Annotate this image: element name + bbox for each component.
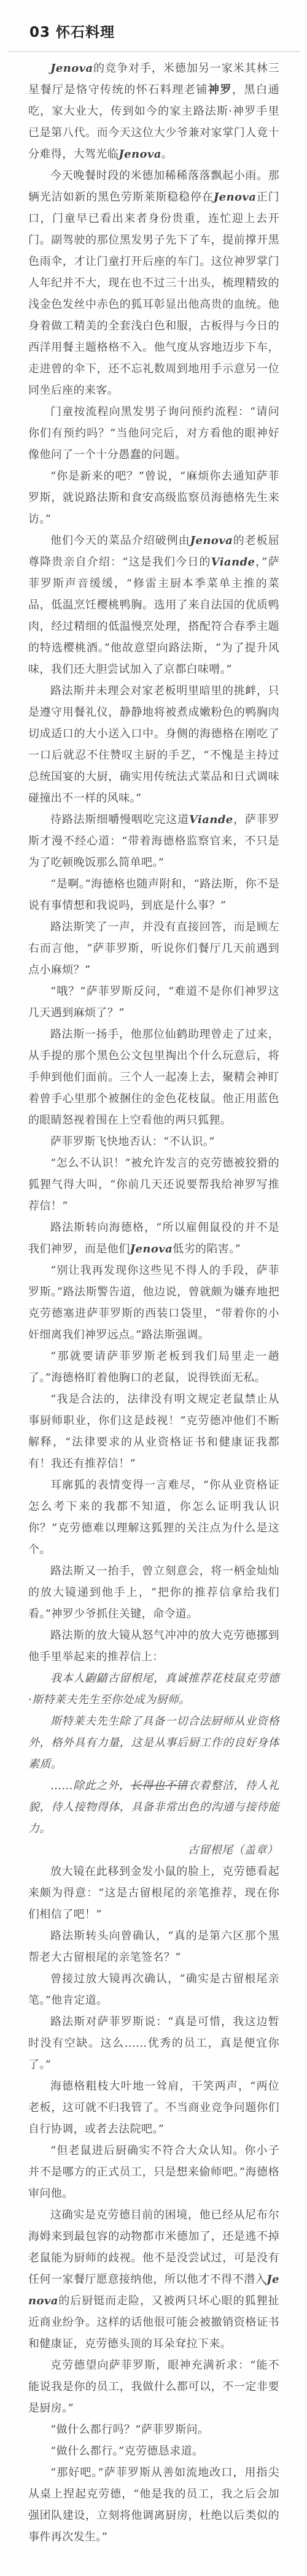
story-paragraph: 这确实是克劳德目前的困境，他已经从尼布尔海姆来到最包容的动物都市米德加了，还是逃… <box>28 2204 279 2355</box>
story-paragraph: “你是新来的吧？”曾说，“麻烦你去通知萨菲罗斯，就说路法斯和食安高级监察员海德格… <box>28 466 279 530</box>
text-segment: “怎么不认识！”被允许发言的克劳德被狡猾的狐狸气得大叫，“你前几天还说要帮我给神… <box>28 1157 279 1213</box>
story-paragraph: “怎么不认识！”被允许发言的克劳德被狡猾的狐狸气得大叫，“你前几天还说要帮我给神… <box>28 1152 279 1217</box>
story-paragraph: “做什么都行。”克劳德恳求道。 <box>28 2440 279 2462</box>
text-segment: 路法斯笑了一声，并没有直接回答，而是顾左右而言他，“萨菲罗斯，听说你们餐厅几天前… <box>28 921 279 976</box>
story-paragraph: 放大镜在此移到金发小鼠的脸上，克劳德看起来颇为得意：“这是古留根尾的亲笔推荐，现… <box>28 1861 279 1925</box>
text-segment: 耳廓狐的表情变得一言难尽，“你从业资格证怎么考下来的我都不知道，你怎么证明我认识… <box>28 1479 279 1556</box>
text-segment: “做什么都行吗？”萨菲罗斯问。 <box>50 2423 209 2436</box>
story-paragraph: 路法斯转向海德格，“所以雇佣鼠役的并不是我们神罗，而是他们Jenova低劣的陷害… <box>28 1217 279 1260</box>
story-paragraph: “那就要请萨菲罗斯老板到我们局里走一趟了。”海德格盯着他胸口的老鼠，说得铁面无私… <box>28 1346 279 1389</box>
text-segment-latin: Viande <box>189 813 233 826</box>
text-segment: 路法斯一扬手，他那位仙鹤助理曾走了过来，从手提的那个黑色公文包里掏出个什么玩意后… <box>28 1028 279 1127</box>
text-segment: “那就要请萨菲罗斯老板到我们局里走一趟了。”海德格盯着他胸口的老鼠，说得铁面无私… <box>28 1350 279 1384</box>
text-segment: 门童按流程向黑发男子询问预约流程：“请问你们有预约吗？”当他问完后，对方看他的眼… <box>28 405 279 461</box>
story-paragraph: 门童按流程向黑发男子询问预约流程：“请问你们有预约吗？”当他问完后，对方看他的眼… <box>28 401 279 466</box>
story-content: Jenova的竞争对手，米德加另一家米其林三星餐厅是恪守传统的怀石料理老铺神罗，… <box>0 52 307 2548</box>
text-segment-latin: Viande <box>211 556 255 569</box>
text-segment: 这确实是克劳德目前的困境，他已经从尼布尔海姆来到最包容的动物都市米德加了，还是逃… <box>28 2209 279 2286</box>
story-paragraph: “但老鼠进后厨确实不符合大众认知。你小子并不是哪方的正式员工，只是想来偷师吧。”… <box>28 2140 279 2204</box>
text-segment: “你是新来的吧？”曾说，“麻烦你去通知萨菲罗斯，就说路法斯和食安高级监察员海德格… <box>28 470 279 526</box>
letter-paragraph: 我本人鼩鼱古留根尾，真诚推荐花枝鼠克劳德·斯特莱夫先生至你处成为厨师。 <box>28 1668 279 1711</box>
text-segment: 路法斯的放大镜从怒气冲冲的放大克劳德挪到他手里举起来的推荐信上： <box>28 1629 279 1663</box>
text-segment: 正门口，门童早已看出来者身份贵重，连忙迎上去开门。副驾驶的那位黑发男子先下了车，… <box>28 191 279 397</box>
text-segment: 他们今天的菜品介绍破例由 <box>50 534 190 547</box>
story-paragraph: 路法斯转头向曾确认，“真的是第六区那个黑帮老大古留根尾的亲笔签名？” <box>28 1925 279 1968</box>
story-paragraph: 曾接过放大镜再次确认，“确实是古留根尾亲笔。”他肯定道。 <box>28 1968 279 2011</box>
text-segment-strike: 长得也不错 <box>130 1779 187 1792</box>
text-segment: “我是合法的，法律没有明文规定老鼠禁止从事厨师职业，你们这是歧视！”克劳德冲他们… <box>28 1393 279 1470</box>
text-segment-bold: 神罗 <box>208 83 232 96</box>
story-paragraph: 海德格粗枝大叶地一耸肩，干笑两声，“两位老板，这可就不归我管了。不当商业竞争问题… <box>28 2076 279 2140</box>
story-paragraph: 路法斯笑了一声，并没有直接回答，而是顾左右而言他，“萨菲罗斯，听说你们餐厅几天前… <box>28 916 279 981</box>
story-paragraph: 耳廓狐的表情变得一言难尽，“你从业资格证怎么考下来的我都不知道，你怎么证明我认识… <box>28 1474 279 1560</box>
story-paragraph: “别让我再发现你这些见不得人的手段，萨菲罗斯。”路法斯警告道，他边说，曾就颇为嫌… <box>28 1260 279 1346</box>
text-segment: 海德格粗枝大叶地一耸肩，干笑两声，“两位老板，这可就不归我管了。不当商业竞争问题… <box>28 2080 279 2136</box>
text-segment: 克劳德望向萨菲罗斯，眼神充满祈求：“能不能说我是你的员工，我做什么都可以，不一定… <box>28 2359 279 2415</box>
text-segment: 低劣的陷害。” <box>173 1243 241 1255</box>
text-segment: “是啊。”海德格也随声附和，“路法斯，你不是说有事情想和我说吗，到底是什么事？” <box>28 878 279 912</box>
story-paragraph: 萨菲罗斯飞快地否认：“不认识。” <box>28 1131 279 1152</box>
story-paragraph: “我是合法的，法律没有明文规定老鼠禁止从事厨师职业，你们这是歧视！”克劳德冲他们… <box>28 1389 279 1474</box>
text-segment: “哦？”萨菲罗斯反问，“难道不是你们神罗这几天遇到麻烦了？” <box>28 985 279 1019</box>
text-segment: 的后厨铤而走险，又被两只坏心眼的狐狸扯近商业纷争。这样的话他很可能会被撤销资格证… <box>28 2294 279 2350</box>
text-segment: 路法斯又一抬手，曾立刻意会，将一柄金灿灿的放大镜递到他手上，“把你的推荐信拿给我… <box>28 1565 279 1620</box>
text-segment: 萨菲罗斯飞快地否认：“不认识。” <box>50 1135 215 1148</box>
story-paragraph: “是啊。”海德格也随声附和，“路法斯，你不是说有事情想和我说吗，到底是什么事？” <box>28 873 279 916</box>
letter-signature: 古留根尾（盖章） <box>28 1839 279 1861</box>
letter-paragraph: 斯特莱夫先生除了具备一切合法厨师从业资格外，格外具有力量，这是从事后厨工作的良好… <box>28 1711 279 1775</box>
story-paragraph: 路法斯的放大镜从怒气冲冲的放大克劳德挪到他手里举起来的推荐信上： <box>28 1625 279 1668</box>
text-segment: 路法斯对萨菲罗斯说：“真是可惜，我这边暂时没有空缺。这么……优秀的员工，真是便宜… <box>28 2015 279 2071</box>
text-segment-latin: Jenova <box>50 62 93 75</box>
reader-page: 03 怀石料理 Jenova的竞争对手，米德加另一家米其林三星餐厅是恪守传统的怀… <box>0 0 307 2576</box>
story-paragraph: 今天晚餐时段的米德加稀稀落落飘起小雨。那辆光洁如新的黑色劳斯莱斯稳稳停在Jeno… <box>28 165 279 401</box>
text-segment: 斯特莱夫先生除了具备一切合法厨师从业资格外，格外具有力量，这是从事后厨工作的良好… <box>28 1715 279 1771</box>
story-paragraph: 路法斯对萨菲罗斯说：“真是可惜，我这边暂时没有空缺。这么……优秀的员工，真是便宜… <box>28 2011 279 2076</box>
text-segment: “但老鼠进后厨确实不符合大众认知。你小子并不是哪方的正式员工，只是想来偷师吧。”… <box>28 2144 279 2200</box>
story-paragraph: “做什么都行吗？”萨菲罗斯问。 <box>28 2419 279 2440</box>
text-segment: 路法斯并未理会对家老板明里暗里的挑衅，只是遵守用餐礼仪，静静地将被煮成嫩粉色的鸭… <box>28 684 279 805</box>
text-segment: 我本人鼩鼱古留根尾，真诚推荐花枝鼠克劳德·斯特莱夫先生至你处成为厨师。 <box>28 1672 279 1706</box>
text-segment: ，”萨菲罗斯声音缓缓，“修雷主厨本季菜单主推的菜品，低温烹饪樱桃鸭胸。选用了来自… <box>28 556 279 676</box>
story-paragraph: “那好吧。”萨菲罗斯从善如流地改口，用指尖从桌上捏起克劳德，“他是我的员工，我之… <box>28 2462 279 2548</box>
text-segment: 曾接过放大镜再次确认，“确实是古留根尾亲笔。”他肯定道。 <box>28 1972 279 2007</box>
text-segment-latin: Jenova <box>130 1243 173 1255</box>
story-paragraph: 路法斯一扬手，他那位仙鹤助理曾走了过来，从手提的那个黑色公文包里掏出个什么玩意后… <box>28 1024 279 1131</box>
story-paragraph: Jenova的竞争对手，米德加另一家米其林三星餐厅是恪守传统的怀石料理老铺神罗，… <box>28 58 279 165</box>
text-segment: 路法斯转头向曾确认，“真的是第六区那个黑帮老大古留根尾的亲笔签名？” <box>28 1930 279 1964</box>
story-paragraph: 路法斯又一抬手，曾立刻意会，将一柄金灿灿的放大镜递到他手上，“把你的推荐信拿给我… <box>28 1560 279 1625</box>
story-paragraph: 待路法斯细嚼慢咽吃完这道Viande，萨菲罗斯才漫不经心道：“带着海德格监察官来… <box>28 809 279 873</box>
letter-paragraph: ……除此之外，长得也不错衣着整洁，待人礼貌，待人接物得体，具备非常出色的沟通与接… <box>28 1775 279 1839</box>
story-paragraph: “哦？”萨菲罗斯反问，“难道不是你们神罗这几天遇到麻烦了？” <box>28 981 279 1024</box>
text-segment: 古留根尾（盖章） <box>188 1844 278 1857</box>
text-segment-latin: Jenova <box>119 148 161 161</box>
text-segment: “做什么都行。”克劳德恳求道。 <box>50 2445 203 2458</box>
text-segment: 。 <box>161 148 173 161</box>
text-segment-latin: Jenova <box>190 534 233 547</box>
text-segment: 放大镜在此移到金发小鼠的脸上，克劳德看起来颇为得意：“这是古留根尾的亲笔推荐，现… <box>28 1865 279 1921</box>
text-segment: 待路法斯细嚼慢咽吃完这道 <box>50 813 189 826</box>
text-segment-latin: Jenova <box>214 191 257 204</box>
text-segment: “那好吧。”萨菲罗斯从善如流地改口，用指尖从桌上捏起克劳德，“他是我的员工，我之… <box>28 2466 279 2543</box>
chapter-title: 03 怀石料理 <box>29 25 307 40</box>
story-paragraph: 克劳德望向萨菲罗斯，眼神充满祈求：“能不能说我是你的员工，我做什么都可以，不一定… <box>28 2355 279 2419</box>
story-paragraph: 他们今天的菜品介绍破例由Jenova的老板屈尊降贵亲自介绍：“这是我们今日的Vi… <box>28 530 279 680</box>
text-segment: ……除此之外， <box>50 1779 130 1792</box>
story-paragraph: 路法斯并未理会对家老板明里暗里的挑衅，只是遵守用餐礼仪，静静地将被煮成嫩粉色的鸭… <box>28 680 279 809</box>
text-segment: “别让我再发现你这些见不得人的手段，萨菲罗斯。”路法斯警告道，他边说，曾就颇为嫌… <box>28 1264 279 1341</box>
